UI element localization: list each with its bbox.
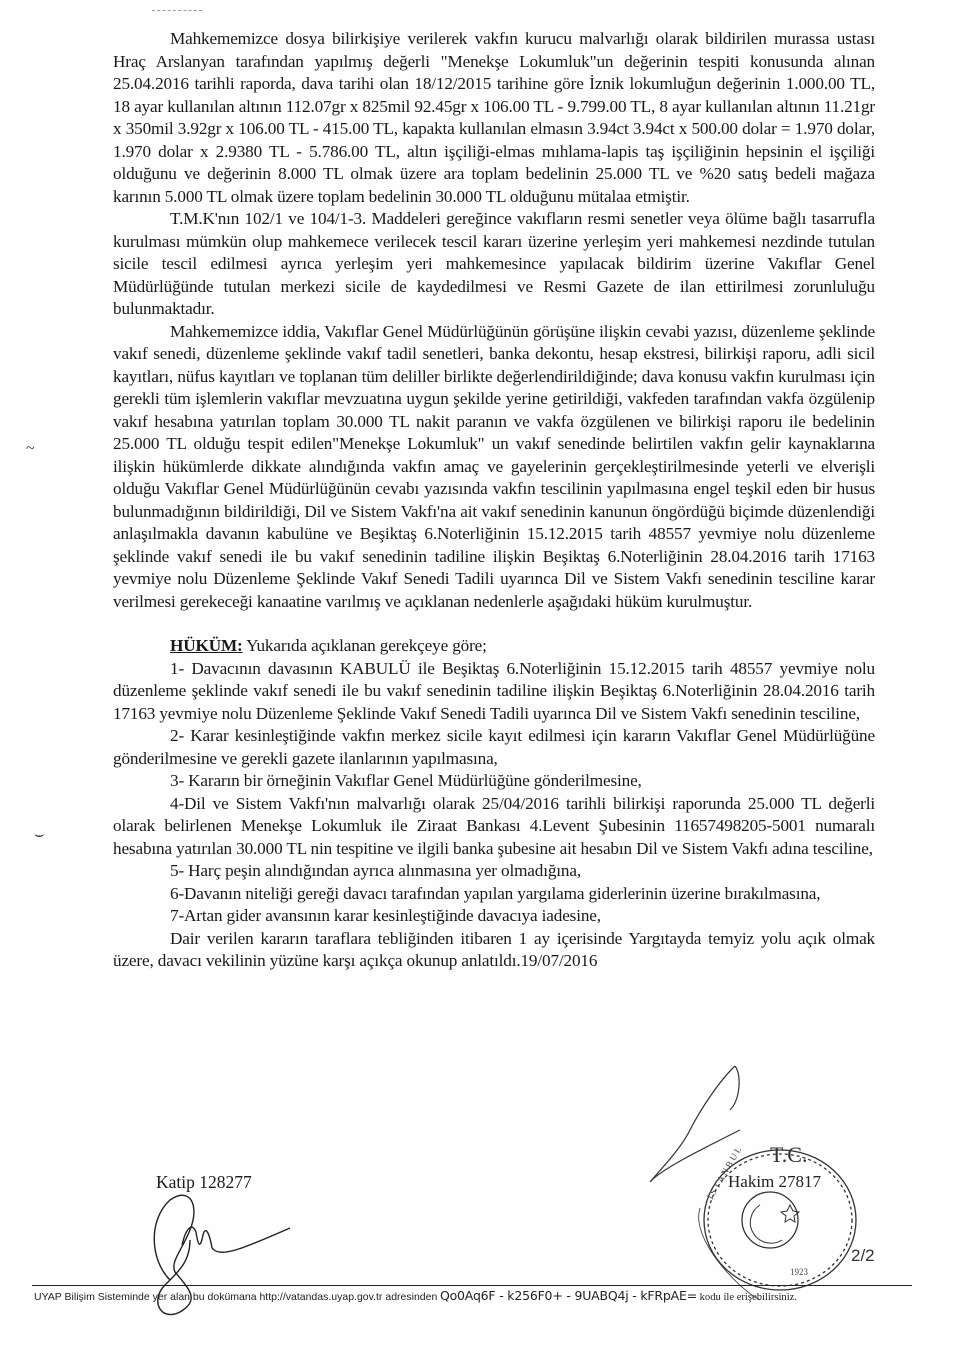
verdict-item: 2- Karar kesinleştiğinde vakfın merkez s…: [113, 725, 875, 770]
clerk-signature-label: Katip 128277: [156, 1172, 252, 1193]
verdict-intro: HÜKÜM: Yukarıda açıklanan gerekçeye göre…: [113, 635, 875, 658]
verdict-item: 4-Dil ve Sistem Vakfı'nın malvarlığı ola…: [113, 793, 875, 861]
margin-mark: ~: [26, 440, 35, 458]
court-seal-icon: T.C. İ S T A N B U L 1923: [699, 1142, 856, 1300]
svg-text:1923: 1923: [790, 1267, 809, 1277]
paragraph-evaluation: Mahkememizce iddia, Vakıflar Genel Müdür…: [113, 321, 875, 614]
verdict-closing: Dair verilen kararın taraflara tebliğind…: [113, 928, 875, 973]
verdict-heading: HÜKÜM:: [170, 636, 243, 655]
document-page: Mahkememizce dosya bilirkişiye verilerek…: [0, 0, 960, 1366]
verdict-item: 3- Kararın bir örneğinin Vakıflar Genel …: [113, 770, 875, 793]
judge-signature-icon: [650, 1066, 740, 1182]
document-body: Mahkememizce dosya bilirkişiye verilerek…: [113, 28, 875, 973]
verdict-item: 6-Davanın niteliği gereği davacı tarafın…: [113, 883, 875, 906]
paragraph-legal-basis: T.M.K'nın 102/1 ve 104/1-3. Maddeleri ge…: [113, 208, 875, 321]
verdict-intro-text: Yukarıda açıklanan gerekçeye göre;: [243, 636, 487, 655]
footer-suffix: kodu ile erişebilirsiniz.: [700, 1292, 797, 1303]
access-code[interactable]: Qo0Aq6F - k256F0+ - 9UABQ4j - kFRpAE=: [440, 1288, 697, 1303]
verdict-item: 7-Artan gider avansının karar kesinleşti…: [113, 905, 875, 928]
margin-mark: ⌣: [34, 826, 45, 844]
verdict-item: 1- Davacının davasının KABULÜ ile Beşikt…: [113, 658, 875, 726]
footer-prefix: UYAP Bilişim Sisteminde yer alan bu dokü…: [34, 1291, 437, 1303]
scan-artifact: [152, 10, 202, 13]
judge-signature-label: Hakim 27817: [728, 1172, 821, 1192]
page-number: 2/2: [851, 1246, 875, 1266]
paragraph-expert-report: Mahkememizce dosya bilirkişiye verilerek…: [113, 28, 875, 208]
seal-text: T.C.: [770, 1142, 807, 1167]
uyap-footer: UYAP Bilişim Sisteminde yer alan bu dokü…: [34, 1288, 914, 1303]
verdict-item: 5- Harç peşin alındığından ayrıca alınma…: [113, 860, 875, 883]
footer-divider: [32, 1285, 912, 1286]
